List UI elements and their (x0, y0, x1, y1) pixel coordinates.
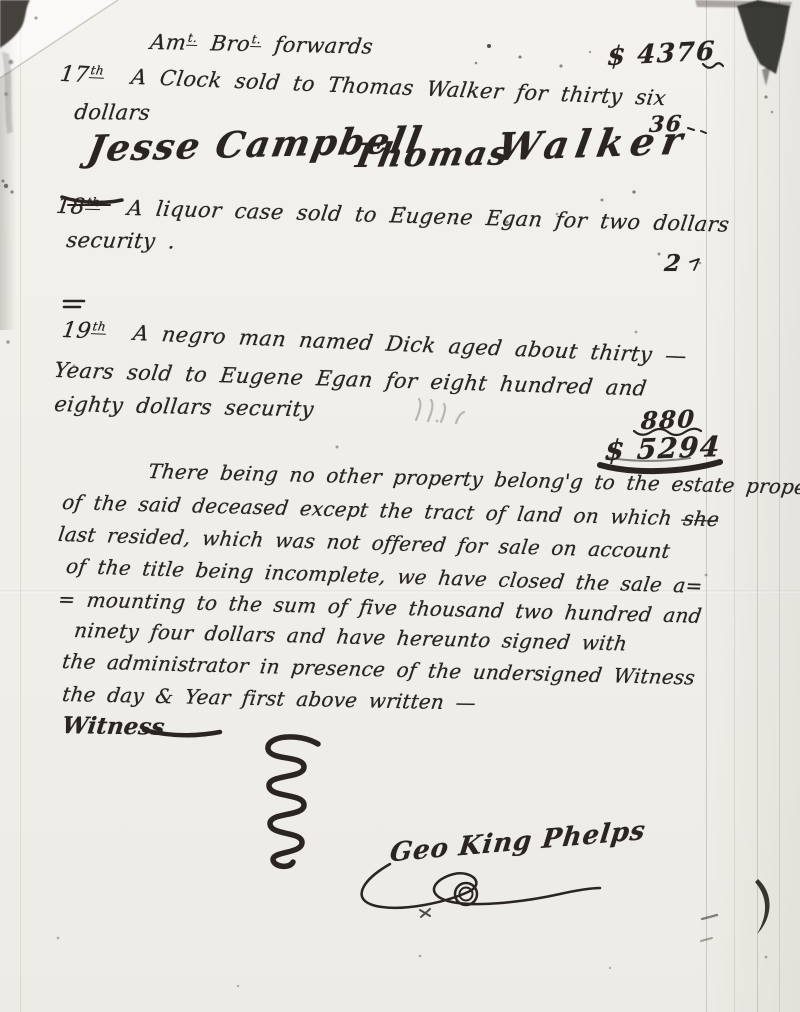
brought-forward-word1: Am (149, 30, 188, 55)
crescent-mark (755, 879, 770, 934)
closing-line-8: the day & Year first above written — (61, 682, 477, 715)
entry-18-line-2: security . (65, 228, 177, 253)
entry-17-text: A Clock sold to Thomas Walker for thirty… (130, 65, 668, 110)
entry-17-ordinal: th (89, 63, 107, 79)
entry-19-line-3: eighty dollars security (53, 392, 315, 421)
entry-18-day: 18 (55, 194, 87, 220)
stray-marks-bottom-right (701, 915, 717, 941)
right-edge-shadow (700, 0, 800, 1012)
entry-17-line-2: dollars (73, 100, 151, 125)
signature-flourish (362, 864, 600, 908)
brought-forward-amount: $ 4376 (606, 36, 716, 72)
crease-line (20, 0, 21, 1012)
coil-scribble (268, 737, 318, 867)
crease-line (734, 0, 735, 1012)
sale-grand-total: $ 5294 (604, 430, 722, 467)
entry-19-day: 19 (60, 318, 92, 344)
stray-mark-x (420, 909, 430, 917)
amount-flourish-2 (690, 259, 699, 270)
entry-19-text: A negro man named Dick aged about thirty… (132, 321, 689, 368)
brought-forward-sup1: t. (186, 31, 199, 46)
entry-19-ordinal: th (91, 319, 109, 335)
entry-18-text: A liquor case sold to Eugene Egan for tw… (126, 196, 731, 237)
ghost-offset-marks (416, 399, 464, 423)
entry-17-day: 17 (58, 62, 90, 88)
crease-line (779, 0, 780, 1012)
entry-18-amount: 2 (663, 250, 683, 277)
signature-thomas: Thomas (348, 133, 513, 175)
signature-administrator: Geo King Phelps (388, 816, 647, 869)
witness-label: Witness (61, 712, 166, 741)
stain-top-left (0, 0, 30, 134)
closing-line-1: There being no other property belong'g t… (147, 459, 800, 499)
crease-line (757, 0, 758, 1012)
scanned-document-page: Amt. Brot. forwards $ 4376 17th A Clock … (0, 0, 800, 1012)
brought-forward-line: Amt. Brot. forwards (149, 30, 375, 59)
entry-18-ordinal: th (85, 195, 102, 210)
brought-forward-word3: forwards (273, 33, 374, 59)
brought-forward-word2: Bro (209, 31, 251, 56)
left-edge-shadow (0, 0, 16, 330)
brought-forward-sup2: t. (250, 32, 263, 47)
signature-walker: Walker (494, 117, 693, 169)
paragraph-separator-mark (64, 301, 84, 307)
